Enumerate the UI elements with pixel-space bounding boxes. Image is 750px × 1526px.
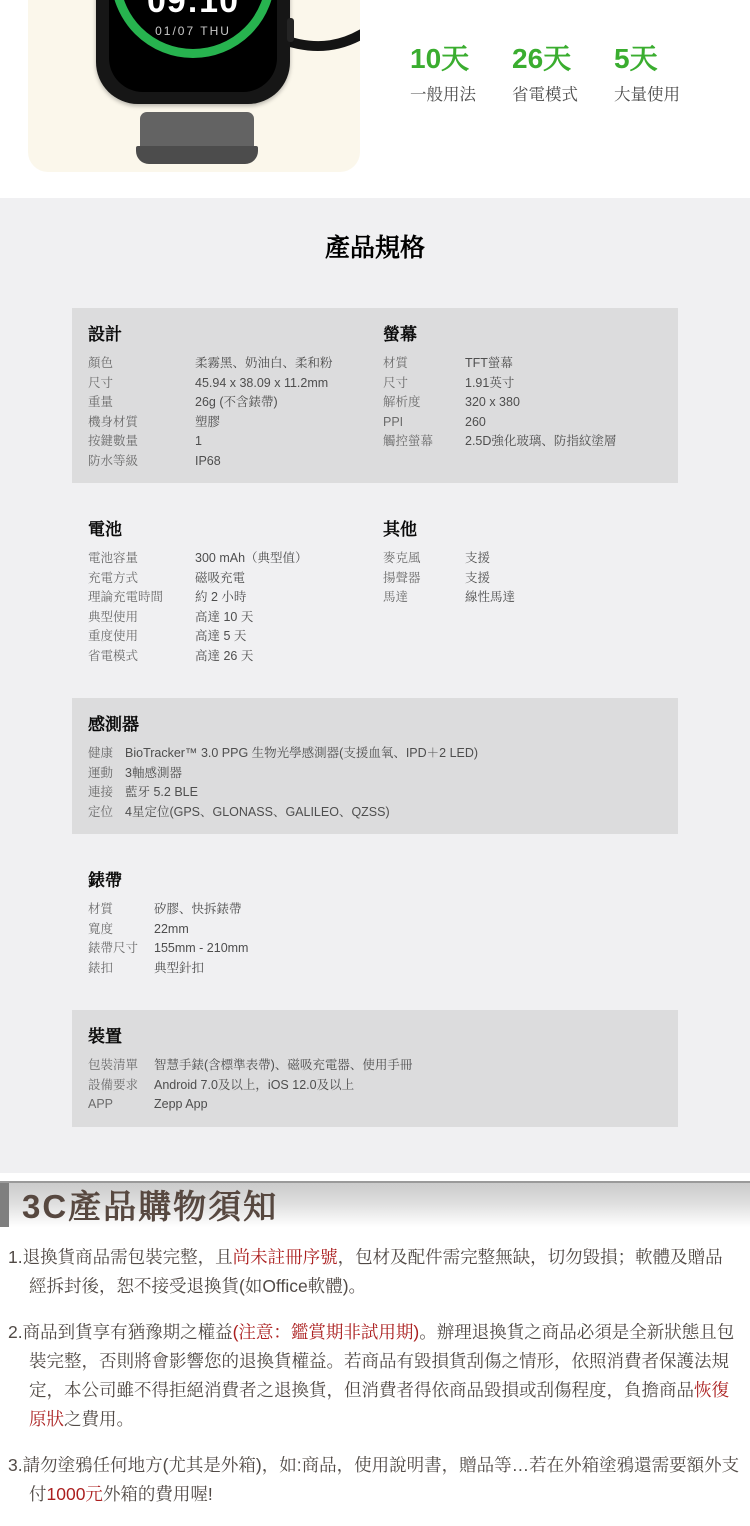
spec-value: 高達 10 天 <box>195 608 253 628</box>
notice-text: 1.退換貨商品需包裝完整，且 <box>8 1247 233 1267</box>
spec-value: 塑膠 <box>195 413 220 433</box>
spec-row: 揚聲器 支援 <box>383 569 662 589</box>
spec-row: 錶帶尺寸 155mm - 210mm <box>88 939 662 959</box>
notice-header: 3C產品購物須知 <box>0 1181 750 1227</box>
spec-row: PPI 260 <box>383 413 662 433</box>
spec-column: 電池 電池容量 300 mAh（典型值） 充電方式 磁吸充電 理論充電時間 約 … <box>88 515 383 666</box>
stat-label: 一般用法 <box>410 81 476 105</box>
watch-screen: 09:10 01/07 THU <box>109 0 277 92</box>
watch-time: 09:10 <box>109 0 277 21</box>
specs-section: 產品規格 設計 顏色 柔霧黑、奶油白、柔和粉 尺寸 45.94 x 38.09 … <box>0 198 750 1173</box>
spec-row: 省電模式 高達 26 天 <box>88 647 383 667</box>
spec-band: 裝置 包裝清單 智慧手錶(含標準表帶)、磁吸充電器、使用手冊 設備要求 Andr… <box>72 1010 678 1127</box>
spec-value: 260 <box>465 413 486 433</box>
spec-label: 理論充電時間 <box>88 588 195 608</box>
spec-row: 重量 26g (不含錶帶) <box>88 393 383 413</box>
spec-row: 充電方式 磁吸充電 <box>88 569 383 589</box>
watch-side-button <box>287 18 294 42</box>
spec-value: 4星定位(GPS、GLONASS、GALILEO、QZSS) <box>125 803 390 823</box>
notice-highlight: 尚未註冊序號 <box>233 1247 338 1267</box>
spec-label: 典型使用 <box>88 608 195 628</box>
spec-label: PPI <box>383 413 465 433</box>
notice-paragraph: 2.商品到貨享有猶豫期之權益(注意：鑑賞期非試用期)。辦理退換貨之商品必須是全新… <box>8 1318 740 1434</box>
spec-label: 防水等級 <box>88 452 195 472</box>
spec-label: 設備要求 <box>88 1076 154 1096</box>
stat-label: 大量使用 <box>614 81 680 105</box>
spec-row: 防水等級 IP68 <box>88 452 383 472</box>
spec-row: 定位 4星定位(GPS、GLONASS、GALILEO、QZSS) <box>88 803 662 823</box>
spec-rows: 健康 BioTracker™ 3.0 PPG 生物光學感測器(支援血氧、IPD＋… <box>88 744 662 822</box>
spec-row: 錶扣 典型針扣 <box>88 959 662 979</box>
spec-band: 電池 電池容量 300 mAh（典型值） 充電方式 磁吸充電 理論充電時間 約 … <box>72 503 678 678</box>
spec-value: 典型針扣 <box>154 959 204 979</box>
specs-title: 產品規格 <box>0 228 750 264</box>
spec-row: 材質 TFT螢幕 <box>383 354 662 374</box>
spec-column: 其他 麥克風 支援 揚聲器 支援 馬達 線性馬達 <box>383 515 662 666</box>
spec-rows: 麥克風 支援 揚聲器 支援 馬達 線性馬達 <box>383 549 662 608</box>
spec-band: 設計 顏色 柔霧黑、奶油白、柔和粉 尺寸 45.94 x 38.09 x 11.… <box>72 308 678 483</box>
spec-band: 感測器 健康 BioTracker™ 3.0 PPG 生物光學感測器(支援血氧、… <box>72 698 678 834</box>
spec-value: 300 mAh（典型值） <box>195 549 308 569</box>
spec-column: 裝置 包裝清單 智慧手錶(含標準表帶)、磁吸充電器、使用手冊 設備要求 Andr… <box>88 1022 662 1115</box>
spec-label: 運動 <box>88 764 125 784</box>
spec-band: 錶帶 材質 矽膠、快拆錶帶 寬度 22mm 錶帶尺寸 155mm - 210mm… <box>72 854 678 990</box>
spec-label: 寬度 <box>88 920 154 940</box>
spec-row: 尺寸 1.91英寸 <box>383 374 662 394</box>
spec-value: 26g (不含錶帶) <box>195 393 278 413</box>
spec-heading: 裝置 <box>88 1022 662 1047</box>
spec-column: 設計 顏色 柔霧黑、奶油白、柔和粉 尺寸 45.94 x 38.09 x 11.… <box>88 320 383 471</box>
spec-label: 錶扣 <box>88 959 154 979</box>
spec-value: 約 2 小時 <box>195 588 246 608</box>
notice-highlight: 1000元 <box>47 1484 103 1504</box>
spec-value: 2.5D強化玻璃、防指紋塗層 <box>465 432 616 452</box>
spec-rows: 包裝清單 智慧手錶(含標準表帶)、磁吸充電器、使用手冊 設備要求 Android… <box>88 1056 662 1115</box>
spec-label: 包裝清單 <box>88 1056 154 1076</box>
spec-value: 藍牙 5.2 BLE <box>125 783 198 803</box>
spec-row: 材質 矽膠、快拆錶帶 <box>88 900 662 920</box>
spec-value: 矽膠、快拆錶帶 <box>154 900 242 920</box>
notice-section: 3C產品購物須知 1.退換貨商品需包裝完整，且尚未註冊序號，包材及配件需完整無缺… <box>0 1173 750 1509</box>
spec-row: 重度使用 高達 5 天 <box>88 627 383 647</box>
watch-date: 01/07 THU <box>109 24 277 38</box>
spec-value: 支援 <box>465 569 490 589</box>
spec-label: 麥克風 <box>383 549 465 569</box>
spec-column: 錶帶 材質 矽膠、快拆錶帶 寬度 22mm 錶帶尺寸 155mm - 210mm… <box>88 866 662 978</box>
spec-value: Zepp App <box>154 1095 208 1115</box>
spec-label: 揚聲器 <box>383 569 465 589</box>
spec-row: 機身材質 塑膠 <box>88 413 383 433</box>
stat-value: 10天 <box>410 44 476 74</box>
battery-stats: 10天 一般用法 26天 省電模式 5天 大量使用 <box>410 44 716 105</box>
spec-row: 觸控螢幕 2.5D強化玻璃、防指紋塗層 <box>383 432 662 452</box>
spec-label: 連接 <box>88 783 125 803</box>
notice-text: 2.商品到貨享有猶豫期之權益 <box>8 1322 233 1342</box>
spec-label: 充電方式 <box>88 569 195 589</box>
spec-row: 包裝清單 智慧手錶(含標準表帶)、磁吸充電器、使用手冊 <box>88 1056 662 1076</box>
hero-section: 09:10 01/07 THU 10天 一般用法 26天 省電模式 5天 大量使… <box>0 0 750 198</box>
spec-label: 定位 <box>88 803 125 823</box>
spec-rows: 電池容量 300 mAh（典型值） 充電方式 磁吸充電 理論充電時間 約 2 小… <box>88 549 383 666</box>
notice-text: 外箱的費用喔! <box>103 1484 213 1504</box>
notice-paragraph: 1.退換貨商品需包裝完整，且尚未註冊序號，包材及配件需完整無缺，切勿毀損；軟體及… <box>8 1243 740 1301</box>
spec-heading: 設計 <box>88 320 383 345</box>
product-image: 09:10 01/07 THU <box>28 0 360 172</box>
spec-column: 感測器 健康 BioTracker™ 3.0 PPG 生物光學感測器(支援血氧、… <box>88 710 662 822</box>
smartwatch: 09:10 01/07 THU <box>96 0 290 104</box>
spec-row: 馬達 線性馬達 <box>383 588 662 608</box>
spec-value: 高達 5 天 <box>195 627 246 647</box>
spec-label: 重量 <box>88 393 195 413</box>
spec-value: 1 <box>195 432 202 452</box>
stat-label: 省電模式 <box>512 81 578 105</box>
spec-value: 3軸感測器 <box>125 764 182 784</box>
spec-value: 155mm - 210mm <box>154 939 248 959</box>
notice-header-bar <box>0 1183 9 1227</box>
spec-value: 高達 26 天 <box>195 647 253 667</box>
spec-rows: 顏色 柔霧黑、奶油白、柔和粉 尺寸 45.94 x 38.09 x 11.2mm… <box>88 354 383 471</box>
spec-row: 電池容量 300 mAh（典型值） <box>88 549 383 569</box>
spec-value: 柔霧黑、奶油白、柔和粉 <box>195 354 333 374</box>
spec-label: 尺寸 <box>88 374 195 394</box>
spec-label: 顏色 <box>88 354 195 374</box>
battery-stat-item: 5天 大量使用 <box>614 44 680 105</box>
spec-label: APP <box>88 1095 154 1115</box>
spec-value: TFT螢幕 <box>465 354 513 374</box>
spec-row: 尺寸 45.94 x 38.09 x 11.2mm <box>88 374 383 394</box>
spec-value: BioTracker™ 3.0 PPG 生物光學感測器(支援血氧、IPD＋2 L… <box>125 744 478 764</box>
spec-row: APP Zepp App <box>88 1095 662 1115</box>
notice-paragraph: 3.請勿塗鴉任何地方(尤其是外箱)，如:商品，使用說明書，贈品等…若在外箱塗鴉還… <box>8 1451 740 1509</box>
spec-label: 省電模式 <box>88 647 195 667</box>
spec-row: 健康 BioTracker™ 3.0 PPG 生物光學感測器(支援血氧、IPD＋… <box>88 744 662 764</box>
spec-label: 按鍵數量 <box>88 432 195 452</box>
spec-value: 支援 <box>465 549 490 569</box>
spec-label: 機身材質 <box>88 413 195 433</box>
spec-heading: 其他 <box>383 515 662 540</box>
spec-row: 連接 藍牙 5.2 BLE <box>88 783 662 803</box>
spec-label: 錶帶尺寸 <box>88 939 154 959</box>
spec-value: 磁吸充電 <box>195 569 245 589</box>
spec-row: 解析度 320 x 380 <box>383 393 662 413</box>
notice-highlight: (注意：鑑賞期非試用期) <box>233 1322 420 1342</box>
notice-title: 3C產品購物須知 <box>9 1181 278 1228</box>
spec-rows: 材質 矽膠、快拆錶帶 寬度 22mm 錶帶尺寸 155mm - 210mm 錶扣… <box>88 900 662 978</box>
spec-label: 尺寸 <box>383 374 465 394</box>
spec-value: 45.94 x 38.09 x 11.2mm <box>195 374 328 394</box>
notice-text: 之費用。 <box>64 1409 134 1429</box>
spec-value: 1.91英寸 <box>465 374 514 394</box>
spec-label: 解析度 <box>383 393 465 413</box>
spec-value: 22mm <box>154 920 189 940</box>
notice-body: 1.退換貨商品需包裝完整，且尚未註冊序號，包材及配件需完整無缺，切勿毀損；軟體及… <box>0 1227 750 1509</box>
spec-row: 運動 3軸感測器 <box>88 764 662 784</box>
spec-label: 材質 <box>383 354 465 374</box>
spec-value: 320 x 380 <box>465 393 520 413</box>
spec-label: 電池容量 <box>88 549 195 569</box>
stat-value: 5天 <box>614 44 680 74</box>
spec-row: 按鍵數量 1 <box>88 432 383 452</box>
spec-label: 觸控螢幕 <box>383 432 465 452</box>
spec-label: 馬達 <box>383 588 465 608</box>
spec-label: 重度使用 <box>88 627 195 647</box>
spec-heading: 感測器 <box>88 710 662 735</box>
spec-row: 設備要求 Android 7.0及以上，iOS 12.0及以上 <box>88 1076 662 1096</box>
spec-heading: 錶帶 <box>88 866 662 891</box>
charging-dock-base <box>136 146 258 164</box>
spec-rows: 材質 TFT螢幕 尺寸 1.91英寸 解析度 320 x 380 PPI 260… <box>383 354 662 452</box>
spec-row: 寬度 22mm <box>88 920 662 940</box>
stat-value: 26天 <box>512 44 578 74</box>
spec-row: 典型使用 高達 10 天 <box>88 608 383 628</box>
spec-value: 智慧手錶(含標準表帶)、磁吸充電器、使用手冊 <box>154 1056 412 1076</box>
spec-value: Android 7.0及以上，iOS 12.0及以上 <box>154 1076 354 1096</box>
spec-column: 螢幕 材質 TFT螢幕 尺寸 1.91英寸 解析度 320 x 380 PPI … <box>383 320 662 471</box>
spec-heading: 電池 <box>88 515 383 540</box>
spec-row: 麥克風 支援 <box>383 549 662 569</box>
battery-stat-item: 10天 一般用法 <box>410 44 476 105</box>
battery-stat-item: 26天 省電模式 <box>512 44 578 105</box>
spec-value: IP68 <box>195 452 221 472</box>
spec-bands: 設計 顏色 柔霧黑、奶油白、柔和粉 尺寸 45.94 x 38.09 x 11.… <box>0 308 750 1127</box>
spec-heading: 螢幕 <box>383 320 662 345</box>
charging-dock <box>140 112 254 148</box>
spec-row: 理論充電時間 約 2 小時 <box>88 588 383 608</box>
spec-value: 線性馬達 <box>465 588 515 608</box>
spec-label: 材質 <box>88 900 154 920</box>
page: 09:10 01/07 THU 10天 一般用法 26天 省電模式 5天 大量使… <box>0 0 750 1526</box>
spec-row: 顏色 柔霧黑、奶油白、柔和粉 <box>88 354 383 374</box>
spec-label: 健康 <box>88 744 125 764</box>
